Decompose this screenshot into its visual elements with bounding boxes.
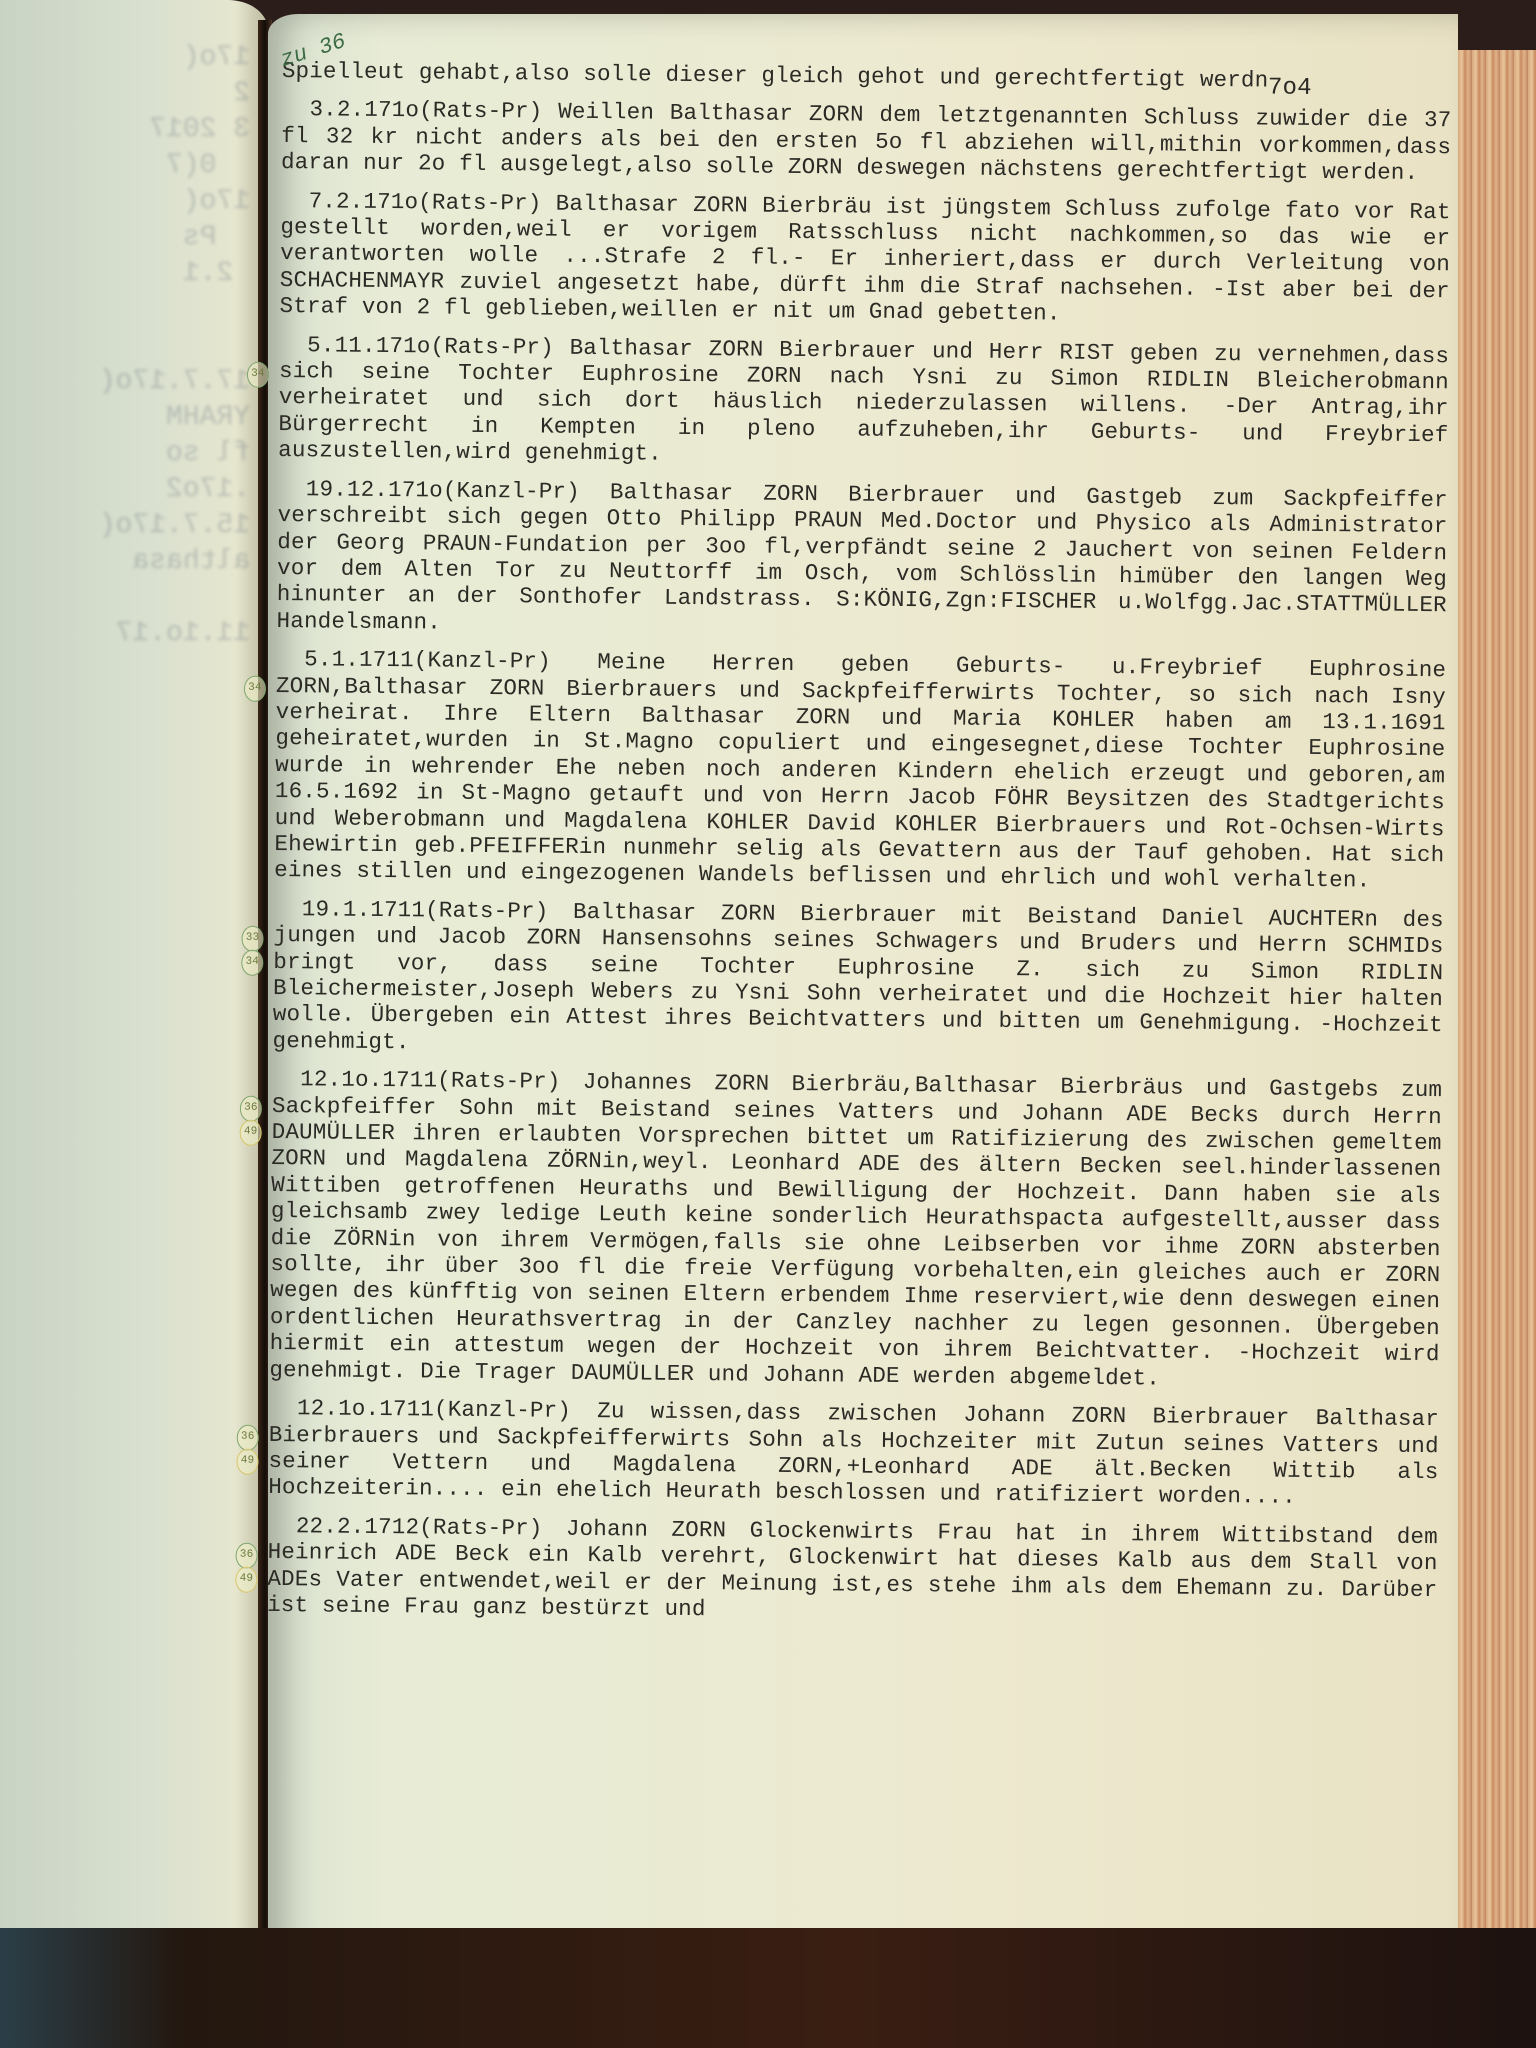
entry-date: 3.2.171o(Rats-Pr) <box>281 96 542 125</box>
entry-list: 3.2.171o(Rats-Pr) Weillen Balthasar ZORN… <box>267 96 1452 1629</box>
record-entry: 22.2.1712(Rats-Pr) Johann ZORN Glockenwi… <box>267 1513 1438 1630</box>
record-entry: 5.11.171o(Rats-Pr) Balthasar ZORN Bierbr… <box>278 332 1449 475</box>
page-edges <box>1458 50 1536 1930</box>
record-entry: 12.1o.1711(Kanzl-Pr) Zu wissen,dass zwis… <box>268 1395 1439 1512</box>
typewritten-text: zu 36 7o4 Spielleut gehabt,also solle di… <box>267 58 1452 1642</box>
table-surface <box>0 1928 1536 2048</box>
record-entry: 12.1o.1711(Rats-Pr) Johannes ZORN Bierbr… <box>269 1066 1442 1394</box>
entry-date: 12.1o.1711(Rats-Pr) <box>272 1066 561 1095</box>
page-number: 7o4 <box>1268 75 1312 102</box>
entry-date: 22.2.1712(Rats-Pr) <box>268 1513 543 1542</box>
record-entry: 7.2.171o(Rats-Pr) Balthasar ZORN Bierbrä… <box>279 188 1450 331</box>
photo-scene: 17o( 2 3 2017 0(7 17o( Ps 2.1 17.7.17o( … <box>0 0 1536 2048</box>
margin-stamp-icon: 49 <box>235 1566 257 1592</box>
entry-date: 12.1o.1711(Kanzl-Pr) <box>269 1395 571 1424</box>
entry-date: 19.1.1711(Rats-Pr) <box>274 896 549 925</box>
entry-date: 5.1.1711(Kanzl-Pr) <box>276 646 551 675</box>
margin-stamp-icon: 34 <box>247 361 269 387</box>
margin-stamp-icon: 36 <box>235 1542 257 1568</box>
entry-text: Johannes ZORN Bierbräu,Balthasar Bierbrä… <box>269 1069 1442 1391</box>
margin-stamp-icon: 34 <box>241 949 263 975</box>
record-entry: 3.2.171o(Rats-Pr) Weillen Balthasar ZORN… <box>281 96 1452 186</box>
entry-date: 19.12.171o(Kanzl-Pr) <box>278 476 580 505</box>
entry-date: 5.11.171o(Rats-Pr) <box>279 332 554 361</box>
entry-date: 7.2.171o(Rats-Pr) <box>281 188 542 217</box>
record-entry: 19.12.171o(Kanzl-Pr) Balthasar ZORN Bier… <box>276 476 1447 646</box>
margin-stamp-icon: 33 <box>241 925 263 951</box>
left-facing-page: 17o( 2 3 2017 0(7 17o( Ps 2.1 17.7.17o( … <box>0 0 268 1990</box>
record-entry: 5.1.1711(Kanzl-Pr) Meine Herren geben Ge… <box>274 646 1446 895</box>
entry-text: Meine Herren geben Geburts- u.Freybrief … <box>274 649 1446 894</box>
bleed-through-text: 17o( 2 3 2017 0(7 17o( Ps 2.1 17.7.17o( … <box>10 40 250 652</box>
record-entry: 19.1.1711(Rats-Pr) Balthasar ZORN Bierbr… <box>272 896 1443 1066</box>
